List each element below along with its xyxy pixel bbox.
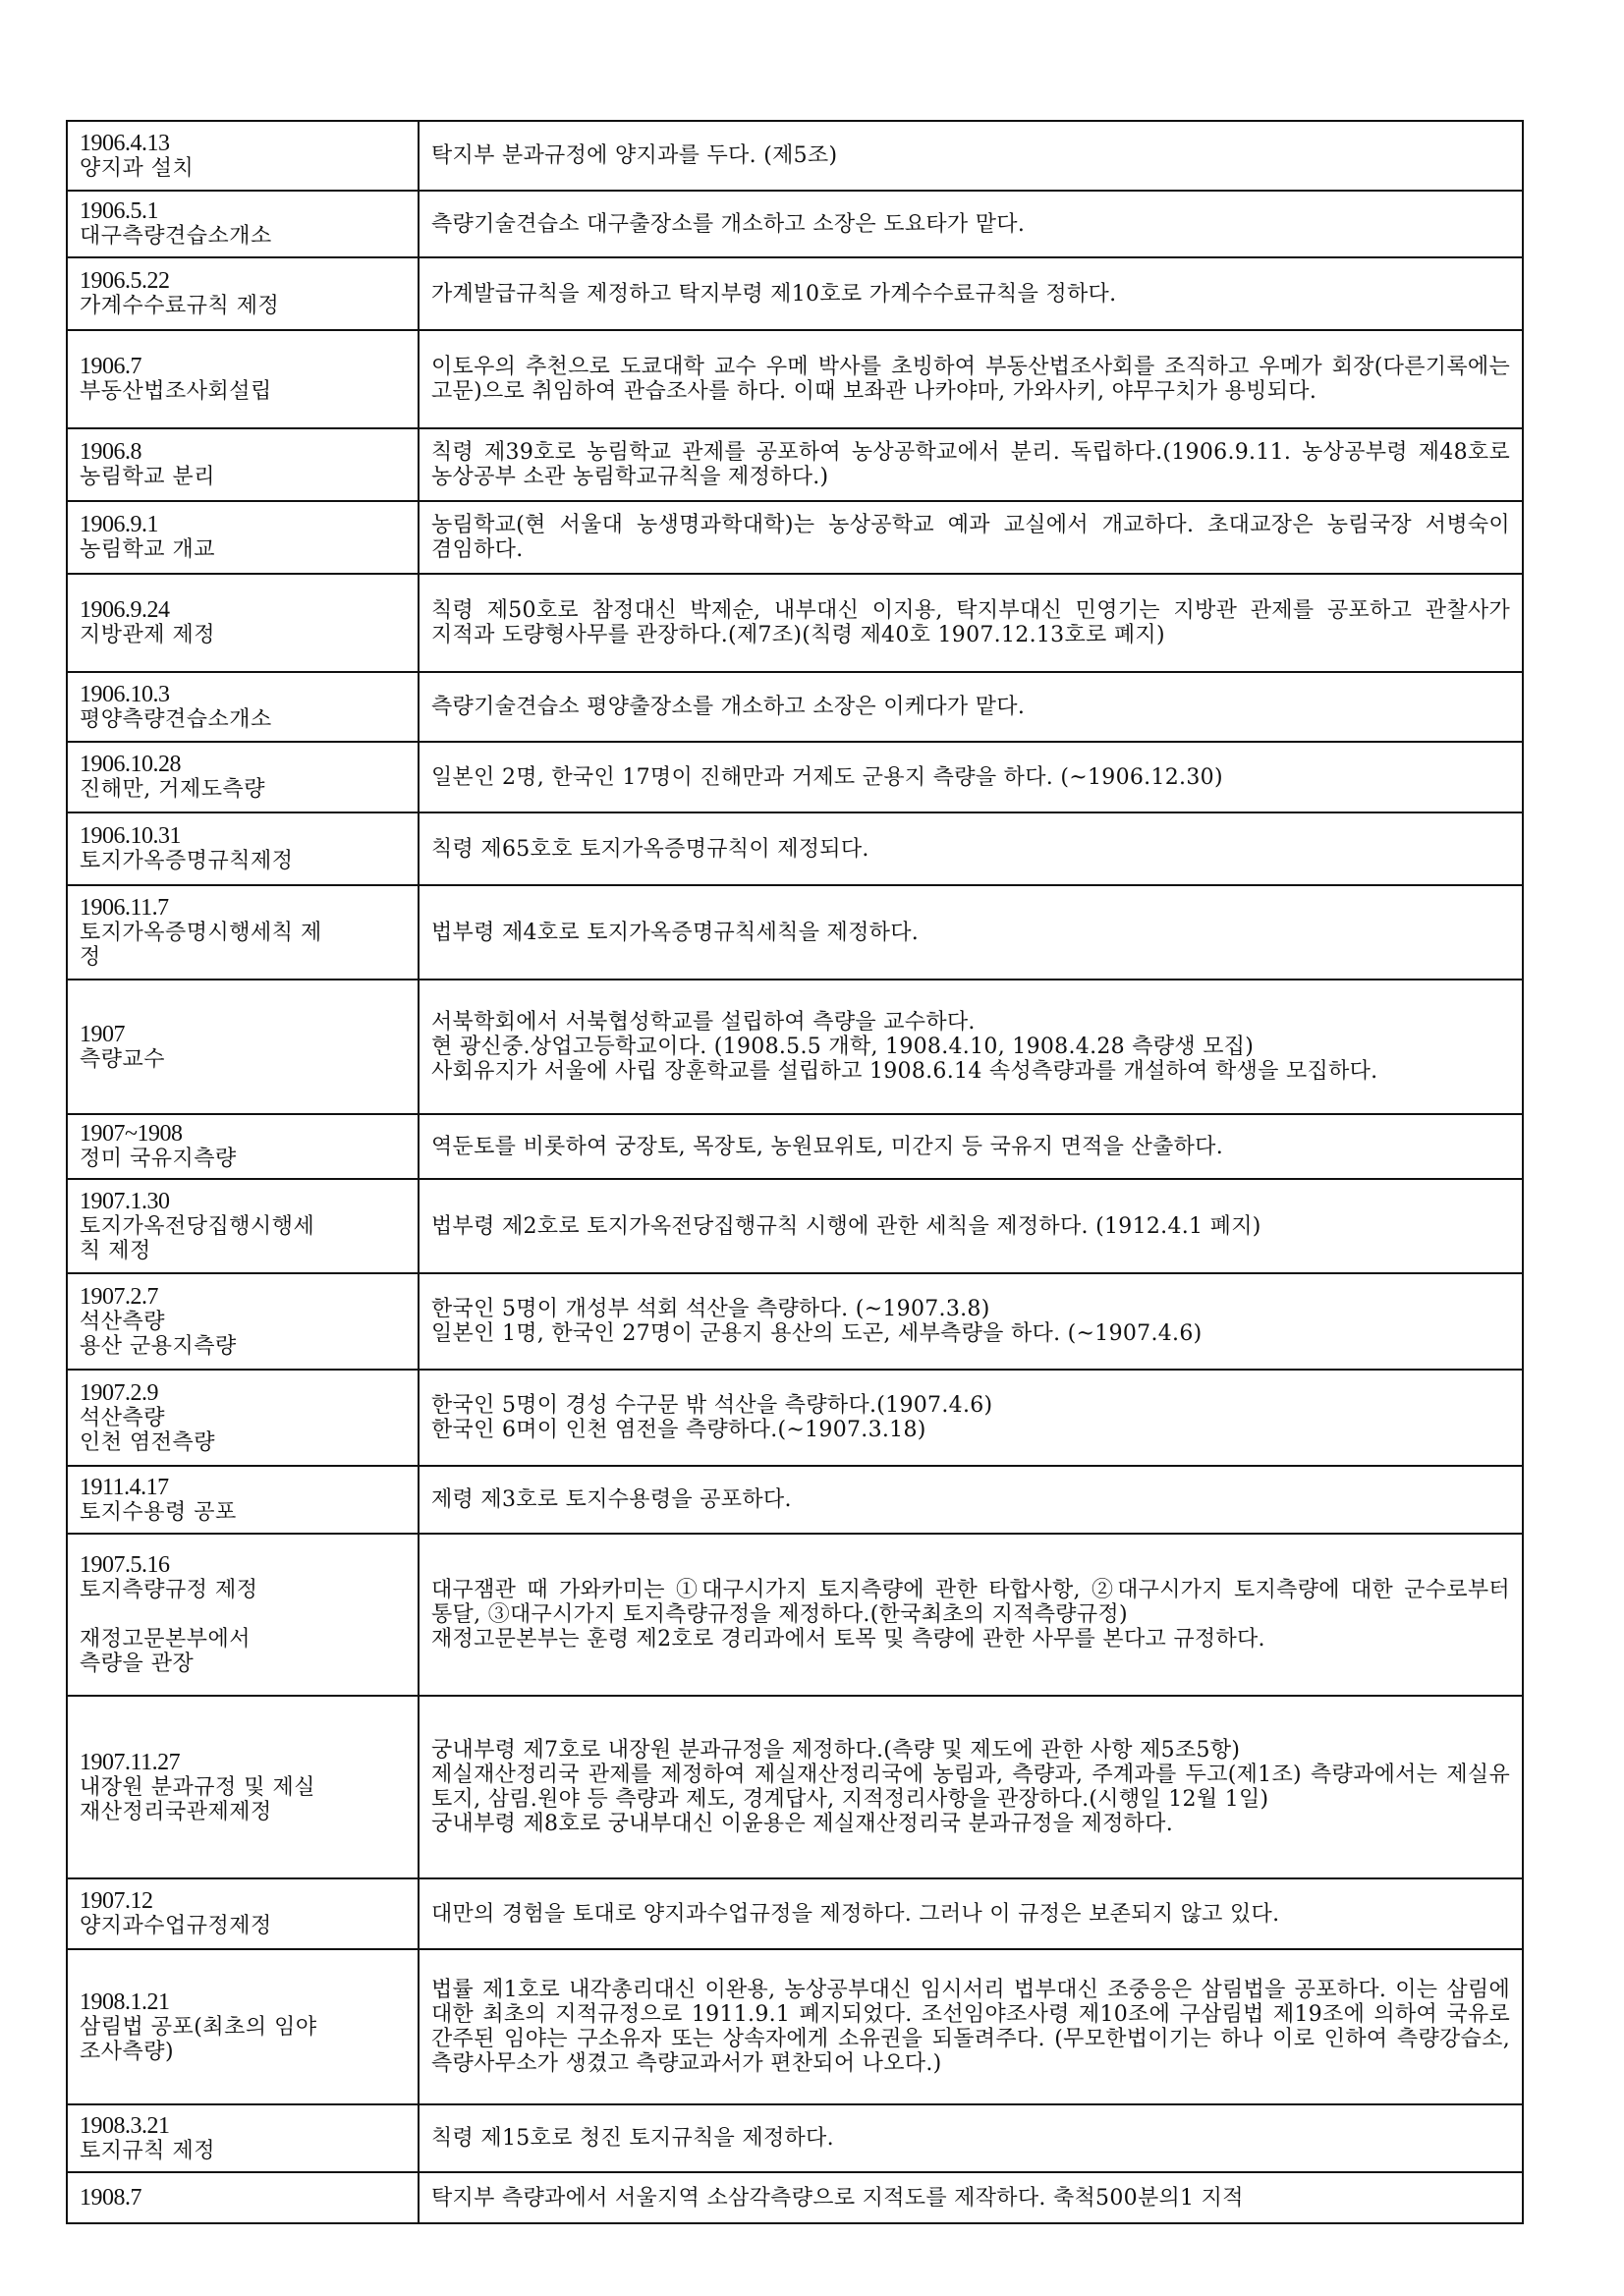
event-description: 일본인 2명, 한국인 17명이 진해만과 거제도 군용지 측량을 하다. (~… (431, 765, 1510, 790)
event-date-title-cell: 1907.5.16토지측량규정 제정재정고문본부에서측량을 관장 (67, 1534, 419, 1696)
table-row: 1907.5.16토지측량규정 제정재정고문본부에서측량을 관장대구잼관 때 가… (67, 1534, 1523, 1696)
table-row: 1906.9.24지방관제 제정칙령 제50호로 참정대신 박제순, 내부대신 … (67, 574, 1523, 672)
event-date: 1911.4.17 (80, 1476, 406, 1500)
event-description-cell: 칙령 제65호호 토지가옥증명규칙이 제정되다. (419, 812, 1523, 885)
table-row: 1906.8농림학교 분리칙령 제39호로 농림학교 관제를 공포하여 농상공학… (67, 428, 1523, 501)
event-date-title-cell: 1907.2.9석산측량인천 염전측량 (67, 1370, 419, 1466)
event-description-cell: 탁지부 분과규정에 양지과를 두다. (제5조) (419, 121, 1523, 191)
event-date: 1908.3.21 (80, 2114, 406, 2139)
event-title: 토지측량규정 제정 (80, 1578, 406, 1602)
table-row: 1906.9.1농림학교 개교농림학교(현 서울대 농생명과학대학)는 농상공학… (67, 501, 1523, 574)
event-description: 칙령 제50호로 참정대신 박제순, 내부대신 이지용, 탁지부대신 민영기는 … (431, 598, 1510, 647)
event-description: 일본인 1명, 한국인 27명이 군용지 용산의 도곤, 세부측량을 하다. (… (431, 1321, 1510, 1346)
event-title: 조사측량) (80, 2040, 406, 2064)
event-description: 재정고문본부는 훈령 제2호로 경리과에서 토목 및 측량에 관한 사무를 본다… (431, 1627, 1510, 1652)
event-title: 석산측량 (80, 1310, 406, 1334)
table-row: 1906.10.31토지가옥증명규칙제정칙령 제65호호 토지가옥증명규칙이 제… (67, 812, 1523, 885)
event-title: 삼림법 공포(최초의 임야 (80, 2015, 406, 2040)
event-title: 부동산법조사회설립 (80, 379, 406, 404)
table-row: 1907.1.30토지가옥전당집행시행세칙 제정법부령 제2호로 토지가옥전당집… (67, 1179, 1523, 1273)
event-description: 서북학회에서 서북협성학교를 설립하여 측량을 교수하다. (431, 1010, 1510, 1035)
document-page: 1906.4.13양지과 설치탁지부 분과규정에 양지과를 두다. (제5조)1… (0, 0, 1624, 2296)
table-row: 1906.11.7토지가옥증명시행세칙 제정법부령 제4호로 토지가옥증명규칙세… (67, 885, 1523, 980)
event-description-cell: 궁내부령 제7호로 내장원 분과규정을 제정하다.(측량 및 제도에 관한 사항… (419, 1696, 1523, 1878)
event-description: 법부령 제2호로 토지가옥전당집행규칙 시행에 관한 세칙을 제정하다. (19… (431, 1214, 1510, 1239)
event-description: 사회유지가 서울에 사립 장훈학교를 설립하고 1908.6.14 속성측량과를… (431, 1059, 1510, 1084)
timeline-table-body: 1906.4.13양지과 설치탁지부 분과규정에 양지과를 두다. (제5조)1… (67, 121, 1523, 2223)
event-description-cell: 법률 제1호로 내각총리대신 이완용, 농상공부대신 임시서리 법부대신 조중응… (419, 1949, 1523, 2104)
event-title: 양지과 설치 (80, 156, 406, 181)
event-title: 정미 국유지측량 (80, 1147, 406, 1171)
table-row: 1908.3.21토지규칙 제정칙령 제15호로 청진 토지규칙을 제정하다. (67, 2104, 1523, 2172)
table-row: 1906.5.22가계수수료규칙 제정가계발급규칙을 제정하고 탁지부령 제10… (67, 257, 1523, 330)
event-date-title-cell: 1906.5.1대구측량견습소개소 (67, 191, 419, 257)
event-title: 진해만, 거제도측량 (80, 777, 406, 802)
event-description: 측량기술견습소 대구출장소를 개소하고 소장은 도요타가 맡다. (431, 212, 1510, 237)
event-description: 농림학교(현 서울대 농생명과학대학)는 농상공학교 예과 교실에서 개교하다.… (431, 513, 1510, 562)
event-date-title-cell: 1906.8농림학교 분리 (67, 428, 419, 501)
table-row: 1907.12양지과수업규정제정대만의 경험을 토대로 양지과수업규정을 제정하… (67, 1878, 1523, 1949)
event-title: 토지가옥전당집행시행세 (80, 1214, 406, 1239)
event-title: 지방관제 제정 (80, 623, 406, 647)
event-description-cell: 한국인 5명이 개성부 석회 석산을 측량하다. (~1907.3.8)일본인 … (419, 1273, 1523, 1370)
event-title: 칙 제정 (80, 1239, 406, 1263)
event-description: 탁지부 측량과에서 서울지역 소삼각측량으로 지적도를 제작하다. 축척500분… (431, 2186, 1510, 2211)
event-date: 1907.5.16 (80, 1553, 406, 1578)
event-description-cell: 가계발급규칙을 제정하고 탁지부령 제10호로 가계수수료규칙을 정하다. (419, 257, 1523, 330)
event-date-title-cell: 1906.9.1농림학교 개교 (67, 501, 419, 574)
event-title: 토지수용령 공포 (80, 1500, 406, 1525)
event-title: 인천 염전측량 (80, 1430, 406, 1455)
event-description: 법률 제1호로 내각총리대신 이완용, 농상공부대신 임시서리 법부대신 조중응… (431, 1978, 1510, 2076)
table-row: 1908.7탁지부 측량과에서 서울지역 소삼각측량으로 지적도를 제작하다. … (67, 2172, 1523, 2223)
table-row: 1906.10.28진해만, 거제도측량일본인 2명, 한국인 17명이 진해만… (67, 742, 1523, 812)
event-date-title-cell: 1906.9.24지방관제 제정 (67, 574, 419, 672)
event-description: 측량기술견습소 평양출장소를 개소하고 소장은 이케다가 맡다. (431, 695, 1510, 719)
event-date-title-cell: 1908.3.21토지규칙 제정 (67, 2104, 419, 2172)
event-date-title-cell: 1906.11.7토지가옥증명시행세칙 제정 (67, 885, 419, 980)
event-date-title-cell: 1908.1.21삼림법 공포(최초의 임야조사측량) (67, 1949, 419, 2104)
event-description-cell: 한국인 5명이 경성 수구문 밖 석산을 측량하다.(1907.4.6)한국인 … (419, 1370, 1523, 1466)
event-description: 현 광신중.상업고등학교이다. (1908.5.5 개학, 1908.4.10,… (431, 1035, 1510, 1059)
event-title: 대구측량견습소개소 (80, 224, 406, 249)
event-date-title-cell: 1907.12양지과수업규정제정 (67, 1878, 419, 1949)
event-date: 1907.12 (80, 1889, 406, 1914)
event-description: 칙령 제39호로 농림학교 관제를 공포하여 농상공학교에서 분리. 독립하다.… (431, 440, 1510, 489)
event-title: 내장원 분과규정 및 제실 (80, 1775, 406, 1800)
event-description: 궁내부령 제7호로 내장원 분과규정을 제정하다.(측량 및 제도에 관한 사항… (431, 1738, 1510, 1763)
event-description: 법부령 제4호로 토지가옥증명규칙세칙을 제정하다. (431, 921, 1510, 945)
event-date-title-cell: 1907측량교수 (67, 980, 419, 1114)
event-date: 1907~1908 (80, 1122, 406, 1147)
event-description: 칙령 제65호호 토지가옥증명규칙이 제정되다. (431, 837, 1510, 862)
event-date-title-cell: 1906.10.3평양측량견습소개소 (67, 672, 419, 742)
event-description: 탁지부 분과규정에 양지과를 두다. (제5조) (431, 143, 1510, 168)
table-row: 1906.10.3평양측량견습소개소측량기술견습소 평양출장소를 개소하고 소장… (67, 672, 1523, 742)
event-description-cell: 법부령 제2호로 토지가옥전당집행규칙 시행에 관한 세칙을 제정하다. (19… (419, 1179, 1523, 1273)
event-date: 1908.7 (80, 2186, 406, 2211)
table-row: 1908.1.21삼림법 공포(최초의 임야조사측량)법률 제1호로 내각총리대… (67, 1949, 1523, 2104)
event-title: 측량교수 (80, 1047, 406, 1072)
event-description-cell: 이토우의 추천으로 도쿄대학 교수 우메 박사를 초빙하여 부동산법조사회를 조… (419, 330, 1523, 428)
event-date: 1906.11.7 (80, 896, 406, 921)
table-row: 1906.5.1대구측량견습소개소측량기술견습소 대구출장소를 개소하고 소장은… (67, 191, 1523, 257)
event-description: 궁내부령 제8호로 궁내부대신 이윤용은 제실재산정리국 분과규정을 제정하다. (431, 1812, 1510, 1836)
event-date-title-cell: 1906.7부동산법조사회설립 (67, 330, 419, 428)
table-row: 1911.4.17토지수용령 공포제령 제3호로 토지수용령을 공포하다. (67, 1466, 1523, 1534)
event-date-title-cell: 1907.11.27내장원 분과규정 및 제실재산정리국관제제정 (67, 1696, 419, 1878)
event-date: 1906.10.31 (80, 824, 406, 849)
event-description-cell: 대구잼관 때 가와카미는 ①대구시가지 토지측량에 관한 타합사항, ②대구시가… (419, 1534, 1523, 1696)
event-title: 용산 군용지측량 (80, 1334, 406, 1359)
event-date: 1907 (80, 1023, 406, 1047)
event-date: 1907.11.27 (80, 1751, 406, 1775)
event-date: 1907.2.7 (80, 1285, 406, 1310)
event-description-cell: 대만의 경험을 토대로 양지과수업규정을 제정하다. 그러나 이 규정은 보존되… (419, 1878, 1523, 1949)
timeline-table: 1906.4.13양지과 설치탁지부 분과규정에 양지과를 두다. (제5조)1… (66, 120, 1524, 2224)
event-description: 역둔토를 비롯하여 궁장토, 목장토, 농원묘위토, 미간지 등 국유지 면적을… (431, 1135, 1510, 1159)
table-row: 1906.4.13양지과 설치탁지부 분과규정에 양지과를 두다. (제5조) (67, 121, 1523, 191)
table-row: 1907~1908정미 국유지측량역둔토를 비롯하여 궁장토, 목장토, 농원묘… (67, 1114, 1523, 1179)
event-description-cell: 역둔토를 비롯하여 궁장토, 목장토, 농원묘위토, 미간지 등 국유지 면적을… (419, 1114, 1523, 1179)
event-date-title-cell: 1906.10.31토지가옥증명규칙제정 (67, 812, 419, 885)
event-description-cell: 측량기술견습소 대구출장소를 개소하고 소장은 도요타가 맡다. (419, 191, 1523, 257)
event-title: 측량을 관장 (80, 1652, 406, 1676)
event-date: 1906.10.28 (80, 753, 406, 777)
event-date: 1906.7 (80, 355, 406, 379)
event-title: 토지가옥증명시행세칙 제 (80, 921, 406, 945)
event-date: 1906.5.22 (80, 269, 406, 294)
event-title: 평양측량견습소개소 (80, 707, 406, 732)
table-row: 1906.7부동산법조사회설립이토우의 추천으로 도쿄대학 교수 우메 박사를 … (67, 330, 1523, 428)
event-description-cell: 측량기술견습소 평양출장소를 개소하고 소장은 이케다가 맡다. (419, 672, 1523, 742)
event-date-title-cell: 1907~1908정미 국유지측량 (67, 1114, 419, 1179)
event-description-cell: 칙령 제50호로 참정대신 박제순, 내부대신 이지용, 탁지부대신 민영기는 … (419, 574, 1523, 672)
table-row: 1907측량교수서북학회에서 서북협성학교를 설립하여 측량을 교수하다.현 광… (67, 980, 1523, 1114)
event-date: 1906.8 (80, 440, 406, 465)
event-title: 농림학교 개교 (80, 537, 406, 562)
event-title: 양지과수업규정제정 (80, 1914, 406, 1938)
event-description: 가계발급규칙을 제정하고 탁지부령 제10호로 가계수수료규칙을 정하다. (431, 282, 1510, 307)
event-title: 재정고문본부에서 (80, 1627, 406, 1652)
event-description-cell: 칙령 제15호로 청진 토지규칙을 제정하다. (419, 2104, 1523, 2172)
event-description-cell: 농림학교(현 서울대 농생명과학대학)는 농상공학교 예과 교실에서 개교하다.… (419, 501, 1523, 574)
event-description-cell: 일본인 2명, 한국인 17명이 진해만과 거제도 군용지 측량을 하다. (~… (419, 742, 1523, 812)
event-date-title-cell: 1908.7 (67, 2172, 419, 2223)
event-title: 토지규칙 제정 (80, 2139, 406, 2163)
event-description: 칙령 제15호로 청진 토지규칙을 제정하다. (431, 2126, 1510, 2151)
event-description: 한국인 5명이 개성부 석회 석산을 측량하다. (~1907.3.8) (431, 1297, 1510, 1321)
event-description-cell: 제령 제3호로 토지수용령을 공포하다. (419, 1466, 1523, 1534)
event-title: 정 (80, 945, 406, 970)
event-description: 이토우의 추천으로 도쿄대학 교수 우메 박사를 초빙하여 부동산법조사회를 조… (431, 355, 1510, 404)
event-description: 제령 제3호로 토지수용령을 공포하다. (431, 1487, 1510, 1512)
event-description-cell: 칙령 제39호로 농림학교 관제를 공포하여 농상공학교에서 분리. 독립하다.… (419, 428, 1523, 501)
event-date: 1906.10.3 (80, 683, 406, 707)
event-description-cell: 탁지부 측량과에서 서울지역 소삼각측량으로 지적도를 제작하다. 축척500분… (419, 2172, 1523, 2223)
event-description-cell: 서북학회에서 서북협성학교를 설립하여 측량을 교수하다.현 광신중.상업고등학… (419, 980, 1523, 1114)
event-description: 한국인 6며이 인천 염전을 측량하다.(~1907.3.18) (431, 1418, 1510, 1442)
event-title (80, 1602, 406, 1627)
event-date: 1908.1.21 (80, 1990, 406, 2015)
event-description: 대만의 경험을 토대로 양지과수업규정을 제정하다. 그러나 이 규정은 보존되… (431, 1902, 1510, 1927)
event-description-cell: 법부령 제4호로 토지가옥증명규칙세칙을 제정하다. (419, 885, 1523, 980)
event-date-title-cell: 1907.2.7석산측량용산 군용지측량 (67, 1273, 419, 1370)
event-description: 대구잼관 때 가와카미는 ①대구시가지 토지측량에 관한 타합사항, ②대구시가… (431, 1578, 1510, 1627)
event-date: 1907.1.30 (80, 1190, 406, 1214)
event-date: 1906.9.24 (80, 598, 406, 623)
table-row: 1907.2.9석산측량인천 염전측량한국인 5명이 경성 수구문 밖 석산을 … (67, 1370, 1523, 1466)
table-row: 1907.11.27내장원 분과규정 및 제실재산정리국관제제정궁내부령 제7호… (67, 1696, 1523, 1878)
event-description: 한국인 5명이 경성 수구문 밖 석산을 측량하다.(1907.4.6) (431, 1393, 1510, 1418)
event-title: 재산정리국관제제정 (80, 1800, 406, 1824)
event-title: 가계수수료규칙 제정 (80, 294, 406, 318)
event-date: 1907.2.9 (80, 1381, 406, 1406)
event-date: 1906.9.1 (80, 513, 406, 537)
event-date-title-cell: 1906.4.13양지과 설치 (67, 121, 419, 191)
event-date-title-cell: 1906.5.22가계수수료규칙 제정 (67, 257, 419, 330)
table-row: 1907.2.7석산측량용산 군용지측량한국인 5명이 개성부 석회 석산을 측… (67, 1273, 1523, 1370)
event-date: 1906.4.13 (80, 132, 406, 156)
event-title: 토지가옥증명규칙제정 (80, 849, 406, 873)
event-date-title-cell: 1911.4.17토지수용령 공포 (67, 1466, 419, 1534)
event-description: 제실재산정리국 관제를 제정하여 제실재산정리국에 농림과, 측량과, 주계과를… (431, 1763, 1510, 1812)
event-date-title-cell: 1906.10.28진해만, 거제도측량 (67, 742, 419, 812)
event-title: 석산측량 (80, 1406, 406, 1430)
event-title: 농림학교 분리 (80, 465, 406, 489)
event-date-title-cell: 1907.1.30토지가옥전당집행시행세칙 제정 (67, 1179, 419, 1273)
event-date: 1906.5.1 (80, 199, 406, 224)
